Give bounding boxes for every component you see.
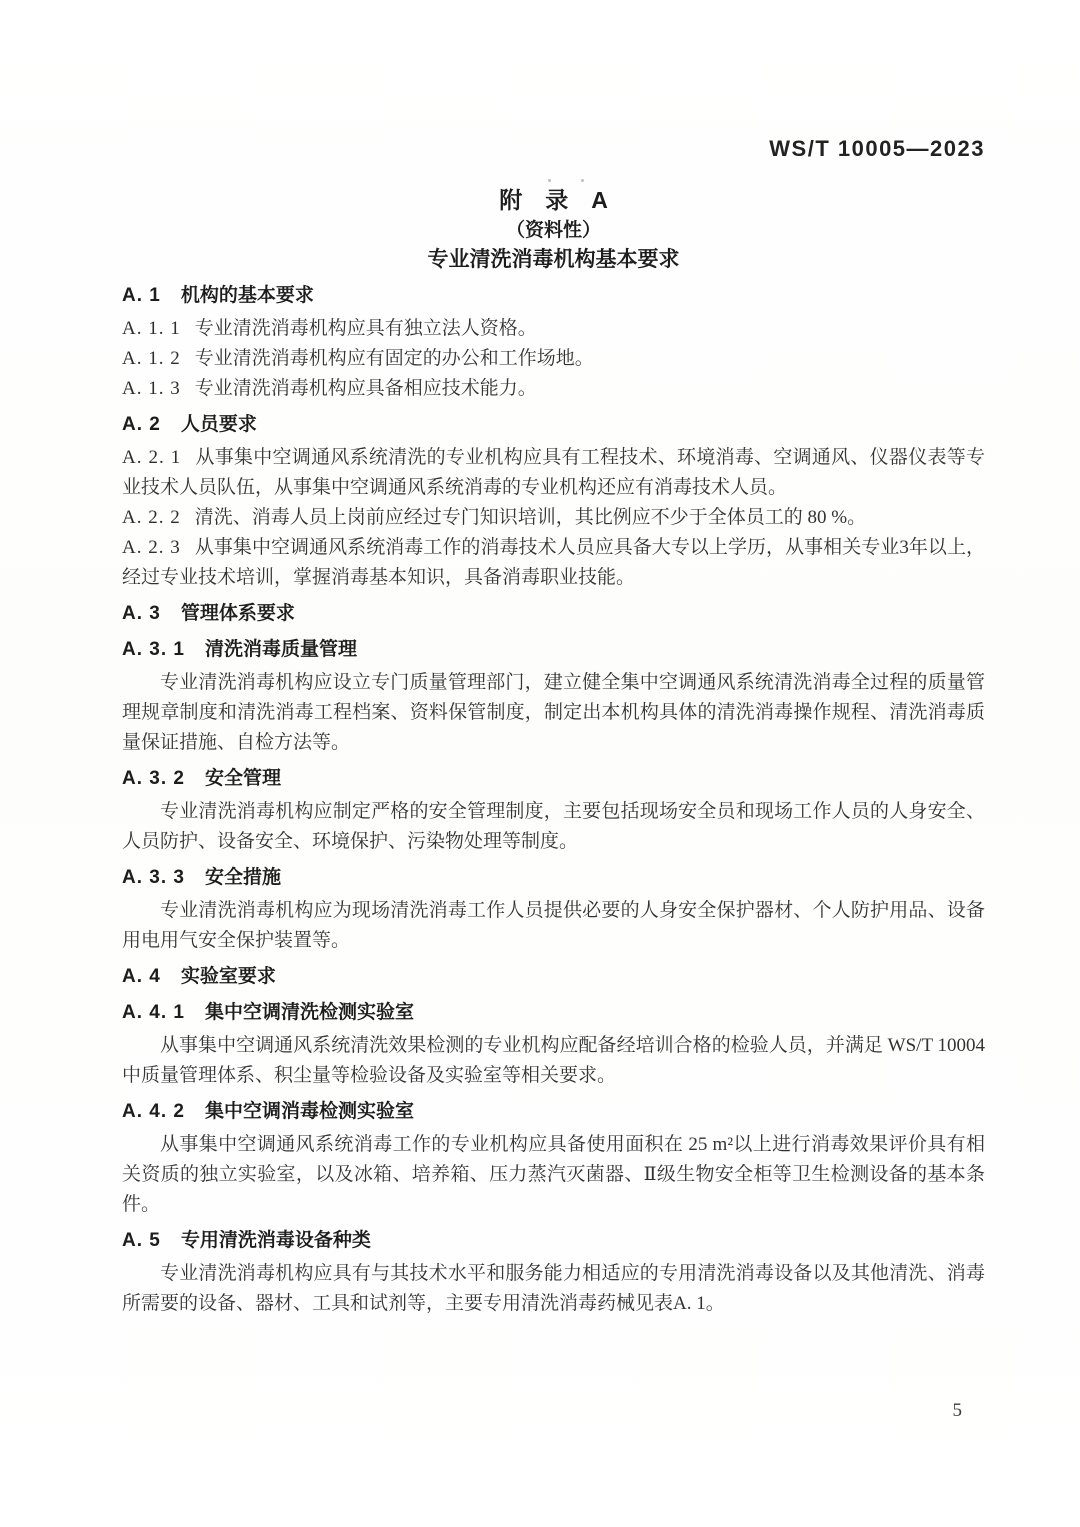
- subsection-heading-a4-1: A. 4. 1集中空调清洗检测实验室: [122, 998, 985, 1028]
- clause-number: A. 3: [122, 603, 161, 624]
- subsection-heading-a3-1: A. 3. 1清洗消毒质量管理: [122, 635, 985, 665]
- section-heading-text: 管理体系要求: [181, 603, 295, 624]
- paragraph-a3-1: 专业清洗消毒机构应设立专门质量管理部门，建立健全集中空调通风系统清洗消毒全过程的…: [122, 668, 985, 758]
- page-number: 5: [953, 1400, 963, 1422]
- clause-text: 专业清洗消毒机构应具有独立法人资格。: [195, 318, 537, 339]
- clause-a2-2: A. 2. 2清洗、消毒人员上岗前应经过专门知识培训，其比例应不少于全体员工的 …: [122, 503, 985, 533]
- clause-a1-3: A. 1. 3专业清洗消毒机构应具备相应技术能力。: [122, 374, 985, 404]
- clause-number: A. 5: [122, 1230, 161, 1251]
- section-heading-a3: A. 3管理体系要求: [122, 599, 985, 629]
- appendix-label: 附 录 A: [122, 184, 985, 216]
- subsection-heading-a4-2: A. 4. 2集中空调消毒检测实验室: [122, 1097, 985, 1127]
- document-body: 附 录 A （资料性） 专业清洗消毒机构基本要求 A. 1机构的基本要求 A. …: [122, 0, 985, 1319]
- paragraph-text: 专业清洗消毒机构应为现场清洗消毒工作人员提供必要的人身安全保护器材、个人防护用品…: [122, 900, 985, 951]
- paragraph-a3-2: 专业清洗消毒机构应制定严格的安全管理制度，主要包括现场安全员和现场工作人员的人身…: [122, 797, 985, 857]
- clause-number: A. 4: [122, 966, 161, 987]
- section-heading-a5: A. 5专用清洗消毒设备种类: [122, 1226, 985, 1256]
- clause-number: A. 4. 1: [122, 1002, 185, 1023]
- paragraph-a4-2: 从事集中空调通风系统消毒工作的专业机构应具备使用面积在 25 m²以上进行消毒效…: [122, 1130, 985, 1220]
- clause-number: A. 1: [122, 285, 161, 306]
- clause-number: A. 3. 1: [122, 639, 185, 660]
- paragraph-a5: 专业清洗消毒机构应具有与其技术水平和服务能力相适应的专用清洗消毒设备以及其他清洗…: [122, 1259, 985, 1319]
- clause-number: A. 3. 3: [122, 867, 185, 888]
- paragraph-text: 从事集中空调通风系统清洗效果检测的专业机构应配备经培训合格的检验人员，并满足 W…: [122, 1035, 985, 1086]
- clause-a2-1: A. 2. 1从事集中空调通风系统清洗的专业机构应具有工程技术、环境消毒、空调通…: [122, 443, 985, 503]
- section-heading-text: 人员要求: [181, 414, 257, 435]
- subsection-heading-a3-3: A. 3. 3安全措施: [122, 863, 985, 893]
- section-heading-text: 安全管理: [205, 768, 281, 789]
- clause-number: A. 3. 2: [122, 768, 185, 789]
- appendix-type-note: （资料性）: [122, 216, 985, 245]
- paragraph-a4-1: 从事集中空调通风系统清洗效果检测的专业机构应配备经培训合格的检验人员，并满足 W…: [122, 1031, 985, 1091]
- section-heading-text: 清洗消毒质量管理: [205, 639, 357, 660]
- appendix-title-block: 附 录 A （资料性） 专业清洗消毒机构基本要求: [122, 184, 985, 275]
- section-heading-text: 机构的基本要求: [181, 285, 314, 306]
- clause-number: A. 2. 3: [122, 537, 181, 558]
- clause-number: A. 2. 2: [122, 507, 181, 528]
- clause-number: A. 1. 1: [122, 318, 181, 339]
- section-heading-text: 集中空调清洗检测实验室: [205, 1002, 414, 1023]
- clause-a1-1: A. 1. 1专业清洗消毒机构应具有独立法人资格。: [122, 314, 985, 344]
- subsection-heading-a3-2: A. 3. 2安全管理: [122, 764, 985, 794]
- paragraph-text: 专业清洗消毒机构应具有与其技术水平和服务能力相适应的专用清洗消毒设备以及其他清洗…: [122, 1263, 985, 1314]
- section-heading-text: 专用清洗消毒设备种类: [181, 1230, 371, 1251]
- clause-number: A. 1. 3: [122, 378, 181, 399]
- paragraph-text: 专业清洗消毒机构应制定严格的安全管理制度，主要包括现场安全员和现场工作人员的人身…: [122, 801, 985, 852]
- section-heading-a4: A. 4实验室要求: [122, 962, 985, 992]
- section-heading-text: 集中空调消毒检测实验室: [205, 1101, 414, 1122]
- clause-number: A. 1. 2: [122, 348, 181, 369]
- section-heading-a2: A. 2人员要求: [122, 410, 985, 440]
- clause-a2-3: A. 2. 3从事集中空调通风系统消毒工作的消毒技术人员应具备大专以上学历，从事…: [122, 533, 985, 593]
- document-page: WS/T 10005—2023 附 录 A （资料性） 专业清洗消毒机构基本要求…: [0, 0, 1080, 1527]
- clause-a1-2: A. 1. 2专业清洗消毒机构应有固定的办公和工作场地。: [122, 344, 985, 374]
- section-heading-a1: A. 1机构的基本要求: [122, 281, 985, 311]
- paragraph-text: 从事集中空调通风系统消毒工作的专业机构应具备使用面积在 25 m²以上进行消毒效…: [122, 1134, 985, 1215]
- clause-text: 从事集中空调通风系统清洗的专业机构应具有工程技术、环境消毒、空调通风、仪器仪表等…: [122, 447, 985, 498]
- clause-number: A. 4. 2: [122, 1101, 185, 1122]
- scan-artifact-dots: [134, 176, 997, 184]
- clause-number: A. 2. 1: [122, 447, 181, 468]
- section-heading-text: 实验室要求: [181, 966, 276, 987]
- paragraph-text: 专业清洗消毒机构应设立专门质量管理部门，建立健全集中空调通风系统清洗消毒全过程的…: [122, 672, 985, 753]
- scan-dot: [548, 179, 551, 182]
- section-heading-text: 安全措施: [205, 867, 281, 888]
- appendix-title: 专业清洗消毒机构基本要求: [122, 245, 985, 275]
- paragraph-a3-3: 专业清洗消毒机构应为现场清洗消毒工作人员提供必要的人身安全保护器材、个人防护用品…: [122, 896, 985, 956]
- clause-text: 从事集中空调通风系统消毒工作的消毒技术人员应具备大专以上学历，从事相关专业3年以…: [122, 537, 985, 588]
- clause-number: A. 2: [122, 414, 161, 435]
- clause-text: 专业清洗消毒机构应有固定的办公和工作场地。: [195, 348, 594, 369]
- scan-dot: [581, 179, 584, 182]
- clause-text: 专业清洗消毒机构应具备相应技术能力。: [195, 378, 537, 399]
- clause-text: 清洗、消毒人员上岗前应经过专门知识培训，其比例应不少于全体员工的 80 %。: [195, 507, 866, 528]
